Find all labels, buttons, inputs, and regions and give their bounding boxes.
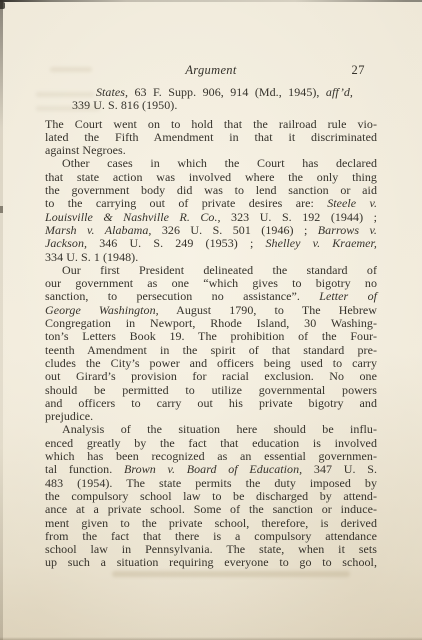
page-number: 27 (352, 63, 366, 78)
text-run: and officers to carry out his private bi… (45, 396, 377, 410)
text-line: from the fact that there is a compulsory… (45, 530, 377, 543)
text-run: to the carrying out of private desires a… (45, 196, 327, 210)
italic-text-run: Letter of (319, 289, 377, 303)
text-line: Congregation in Newport, Rhode Island, 3… (45, 317, 377, 330)
text-run: 334 U. S. 1 (1948). (45, 250, 138, 264)
text-run: that state action was involved where the… (45, 170, 377, 184)
text-line: to the carrying out of private desires a… (45, 197, 377, 210)
text-line: cludes the City’s power and officers bei… (45, 357, 377, 370)
text-line: our government as one “which gives to bi… (45, 277, 377, 290)
text-line: which has been recognized as an essentia… (45, 450, 377, 463)
text-run: enced greatly by the fact that education… (45, 436, 377, 450)
text-line: up such a situation requiring everyone t… (45, 556, 377, 569)
text-line: 339 U. S. 816 (1950). (72, 99, 353, 112)
text-run: 347 U. S. (302, 462, 377, 476)
citation-block: States, 63 F. Supp. 906, 914 (Md., 1945)… (72, 86, 353, 113)
text-run: should be permitted to utilize governmen… (45, 383, 377, 397)
paragraph-analysis: Analysis of the situation here should be… (45, 423, 377, 569)
text-run: The Court went on to hold that the railr… (45, 117, 377, 131)
italic-text-run: Shelley v. Kraemer, (265, 236, 377, 250)
text-run: from the fact that there is a compulsory… (45, 529, 377, 543)
running-title: Argument (45, 63, 377, 78)
italic-text-run: Barrows v. (318, 223, 377, 237)
text-line: and officers to carry out his private bi… (45, 397, 377, 410)
text-run: sanction, to persecution no assistance”. (45, 289, 319, 303)
italic-text-run: Steele v. (327, 196, 377, 210)
text-run: cludes the City’s power and officers bei… (45, 356, 377, 370)
paragraph-railroad-rule: The Court went on to hold that the railr… (45, 118, 377, 158)
text-line: the compulsory school law to be discharg… (45, 490, 377, 503)
text-line: Jackson, 346 U. S. 249 (1953) ; Shelley … (45, 237, 377, 250)
text-run: ton’s Letters Book 19. The prohibition o… (45, 329, 377, 343)
text-run: August 1790, to The Hebrew (159, 303, 377, 317)
text-line: lated the Fifth Amendment in that it dis… (45, 131, 377, 144)
text-run: prejudice. (45, 409, 93, 423)
text-run: 63 F. Supp. 906, 914 (Md., 1945), (128, 85, 326, 99)
italic-text-run: States, (96, 85, 128, 99)
text-block: States, 63 F. Supp. 906, 914 (Md., 1945)… (45, 86, 377, 570)
text-line: Other cases in which the Court has decla… (45, 157, 377, 170)
italic-text-run: aff’d, (326, 85, 353, 99)
text-run: which has been recognized as an essentia… (45, 449, 377, 463)
scan-edge-left (0, 0, 3, 640)
text-line: George Washington, August 1790, to The H… (45, 304, 377, 317)
text-run: tal function. (45, 462, 124, 476)
text-line: Our first President delineated the stand… (45, 264, 377, 277)
text-run: against Negroes. (45, 143, 126, 157)
text-line: Louisville & Nashville R. Co., 323 U. S.… (45, 211, 377, 224)
text-line: Marsh v. Alabama, 326 U. S. 501 (1946) ;… (45, 224, 377, 237)
text-line: against Negroes. (45, 144, 377, 157)
text-line: 483 (1954). The state permits the duty i… (45, 477, 377, 490)
scan-corner-mark (0, 2, 5, 9)
paragraph-first-president: Our first President delineated the stand… (45, 264, 377, 424)
scan-edge-top (0, 0, 422, 2)
text-line: sanction, to persecution no assistance”.… (45, 290, 377, 303)
text-run: 346 U. S. 249 (1953) ; (87, 236, 265, 250)
text-run: out Girard’s provision for racial exclus… (45, 369, 377, 383)
text-run: Analysis of the situation here should be… (62, 422, 377, 436)
italic-text-run: Brown v. Board of Education, (124, 462, 302, 476)
bleed-through-text (112, 571, 350, 577)
text-line: ment given to the private school, theref… (45, 517, 377, 530)
text-line: out Girard’s provision for racial exclus… (45, 370, 377, 383)
text-line: school law in Pennsylvania. The state, w… (45, 543, 377, 556)
text-line: ance at a private school. Some of the sa… (45, 503, 377, 516)
text-line: States, 63 F. Supp. 906, 914 (Md., 1945)… (72, 86, 353, 99)
text-line: Analysis of the situation here should be… (45, 423, 377, 436)
text-run: our government as one “which gives to bi… (45, 276, 377, 290)
italic-text-run: Louisville & Nashville R. Co., (45, 210, 221, 224)
text-run: Other cases in which the Court has decla… (62, 156, 377, 170)
text-run: ance at a private school. Some of the sa… (45, 502, 377, 516)
text-run: 326 U. S. 501 (1946) ; (151, 223, 317, 237)
text-line: prejudice. (45, 410, 377, 423)
text-line: The Court went on to hold that the railr… (45, 118, 377, 131)
text-run: up such a situation requiring everyone t… (45, 555, 377, 569)
italic-text-run: Marsh v. Alabama, (45, 223, 151, 237)
text-run: 339 U. S. 816 (1950). (72, 98, 177, 112)
text-run: lated the Fifth Amendment in that it dis… (45, 130, 377, 144)
text-run: the compulsory school law to be discharg… (45, 489, 377, 503)
italic-text-run: George Washington, (45, 303, 159, 317)
text-run: teenth Amendment in the spirit of that s… (45, 343, 377, 357)
running-head: Argument 27 (45, 63, 377, 79)
scanned-document-page: Argument 27 States, 63 F. Supp. 906, 914… (0, 0, 422, 640)
text-run: 483 (1954). The state permits the duty i… (45, 476, 377, 490)
text-run: 323 U. S. 192 (1944) ; (221, 210, 377, 224)
paragraph-other-cases: Other cases in which the Court has decla… (45, 157, 377, 263)
text-line: ton’s Letters Book 19. The prohibition o… (45, 330, 377, 343)
text-line: that state action was involved where the… (45, 171, 377, 184)
scan-tick-mark (0, 206, 3, 213)
text-run: the government body did was to lend sanc… (45, 183, 377, 197)
text-line: enced greatly by the fact that education… (45, 437, 377, 450)
text-line: 334 U. S. 1 (1948). (45, 251, 377, 264)
text-line: teenth Amendment in the spirit of that s… (45, 344, 377, 357)
text-line: the government body did was to lend sanc… (45, 184, 377, 197)
italic-text-run: Jackson, (45, 236, 87, 250)
text-run: Congregation in Newport, Rhode Island, 3… (45, 316, 377, 330)
text-line: tal function. Brown v. Board of Educatio… (45, 463, 377, 476)
text-run: Our first President delineated the stand… (62, 263, 377, 277)
text-run: ment given to the private school, theref… (45, 516, 377, 530)
text-line: should be permitted to utilize governmen… (45, 384, 377, 397)
text-run: school law in Pennsylvania. The state, w… (45, 542, 377, 556)
